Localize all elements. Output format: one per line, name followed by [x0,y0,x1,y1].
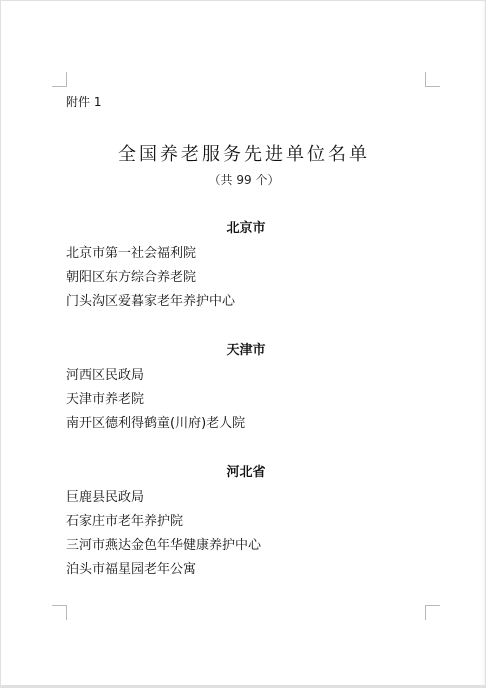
unit-list: 北京市第一社会福利院 朝阳区东方综合养老院 门头沟区爱暮家老年养护中心 [66,244,426,316]
list-item: 天津市养老院 [66,390,426,414]
list-item: 泊头市福星园老年公寓 [66,560,426,584]
list-item: 北京市第一社会福利院 [66,244,426,268]
section-hebei: 河北省 巨鹿县民政局 石家庄市老年养护院 三河市燕达金色年华健康养护中心 泊头市… [66,464,426,584]
list-item: 巨鹿县民政局 [66,488,426,512]
list-item: 三河市燕达金色年华健康养护中心 [66,536,426,560]
section-heading: 河北省 [66,464,426,488]
document-subtitle: （共 99 个） [1,171,486,188]
section-beijing: 北京市 北京市第一社会福利院 朝阳区东方综合养老院 门头沟区爱暮家老年养护中心 [66,220,426,316]
unit-list: 河西区民政局 天津市养老院 南开区德利得鹤童(川府)老人院 [66,366,426,438]
list-item: 朝阳区东方综合养老院 [66,268,426,292]
crop-mark-bottom-left [52,605,67,620]
list-item: 南开区德利得鹤童(川府)老人院 [66,414,426,438]
unit-list: 巨鹿县民政局 石家庄市老年养护院 三河市燕达金色年华健康养护中心 泊头市福星园老… [66,488,426,584]
document-page: 附件 1 全国养老服务先进单位名单 （共 99 个） 北京市 北京市第一社会福利… [1,1,485,685]
section-tianjin: 天津市 河西区民政局 天津市养老院 南开区德利得鹤童(川府)老人院 [66,342,426,438]
section-heading: 天津市 [66,342,426,366]
section-heading: 北京市 [66,220,426,244]
attachment-label: 附件 1 [66,93,101,110]
crop-mark-bottom-right [425,605,440,620]
list-item: 石家庄市老年养护院 [66,512,426,536]
list-item: 河西区民政局 [66,366,426,390]
document-title: 全国养老服务先进单位名单 [1,140,486,166]
list-item: 门头沟区爱暮家老年养护中心 [66,292,426,316]
crop-mark-top-right [425,72,440,87]
crop-mark-top-left [52,72,67,87]
